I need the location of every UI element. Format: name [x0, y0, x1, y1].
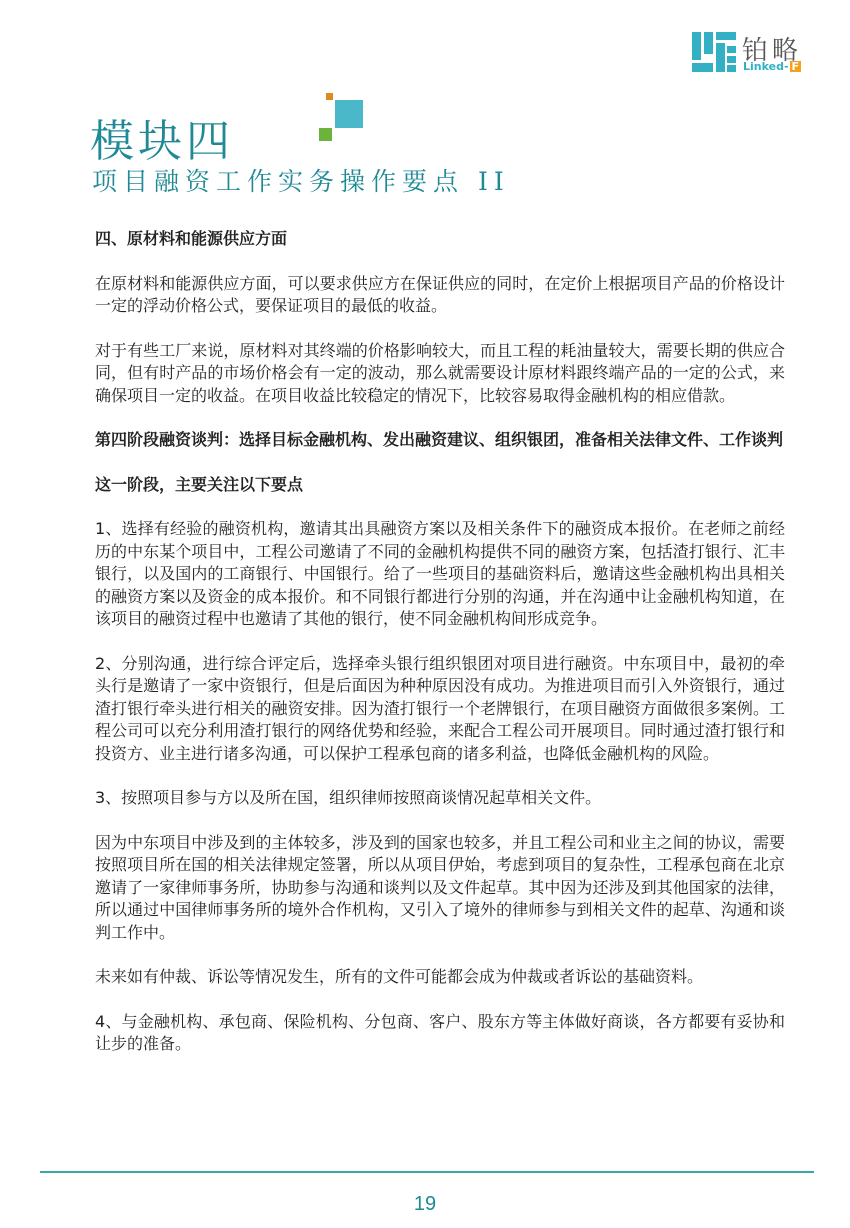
paragraph: 在原材料和能源供应方面，可以要求供应方在保证供应的同时，在定价上根据项目产品的价… [95, 273, 785, 318]
footer-divider [40, 1171, 814, 1173]
paragraph: 对于有些工厂来说，原材料对其终端的价格影响较大，而且工程的耗油量较大，需要长期的… [95, 340, 785, 408]
stage-heading: 第四阶段融资谈判：选择目标金融机构、发出融资建议、组织银团，准备相关法律文件、工… [95, 429, 785, 452]
list-item: 1、选择有经验的融资机构，邀请其出具融资方案以及相关条件下的融资成本报价。在老师… [95, 518, 785, 631]
decorative-green-square-icon [319, 128, 332, 141]
module-title: 模块四 [90, 105, 234, 169]
logo-english-text: Linked- [743, 60, 789, 73]
logo-f-badge: F [790, 61, 802, 72]
brand-logo: 铂略 Linked-F [692, 32, 822, 74]
page-number: 19 [0, 1193, 850, 1216]
paragraph: 因为中东项目中涉及到的主体较多，涉及到的国家也较多，并且工程公司和业主之间的协议… [95, 832, 785, 945]
section-heading: 四、原材料和能源供应方面 [95, 228, 785, 251]
paragraph: 未来如有仲裁、诉讼等情况发生，所有的文件可能都会成为仲裁或者诉讼的基础资料。 [95, 966, 785, 989]
list-item: 2、分别沟通，进行综合评定后，选择牵头银行组织银团对项目进行融资。中东项目中，最… [95, 653, 785, 766]
document-body: 四、原材料和能源供应方面 在原材料和能源供应方面，可以要求供应方在保证供应的同时… [95, 228, 785, 1078]
list-item: 3、按照项目参与方以及所在国，组织律师按照商谈情况起草相关文件。 [95, 787, 785, 810]
focus-heading: 这一阶段，主要关注以下要点 [95, 474, 785, 497]
decorative-orange-square-icon [326, 93, 333, 100]
decorative-cyan-square-icon [335, 100, 363, 128]
logo-mark-icon [692, 32, 736, 72]
logo-english-name: Linked-F [743, 60, 801, 73]
module-subtitle: 项目融资工作实务操作要点 II [92, 162, 510, 198]
list-item: 4、与金融机构、承包商、保险机构、分包商、客户、股东方等主体做好商谈，各方都要有… [95, 1011, 785, 1056]
